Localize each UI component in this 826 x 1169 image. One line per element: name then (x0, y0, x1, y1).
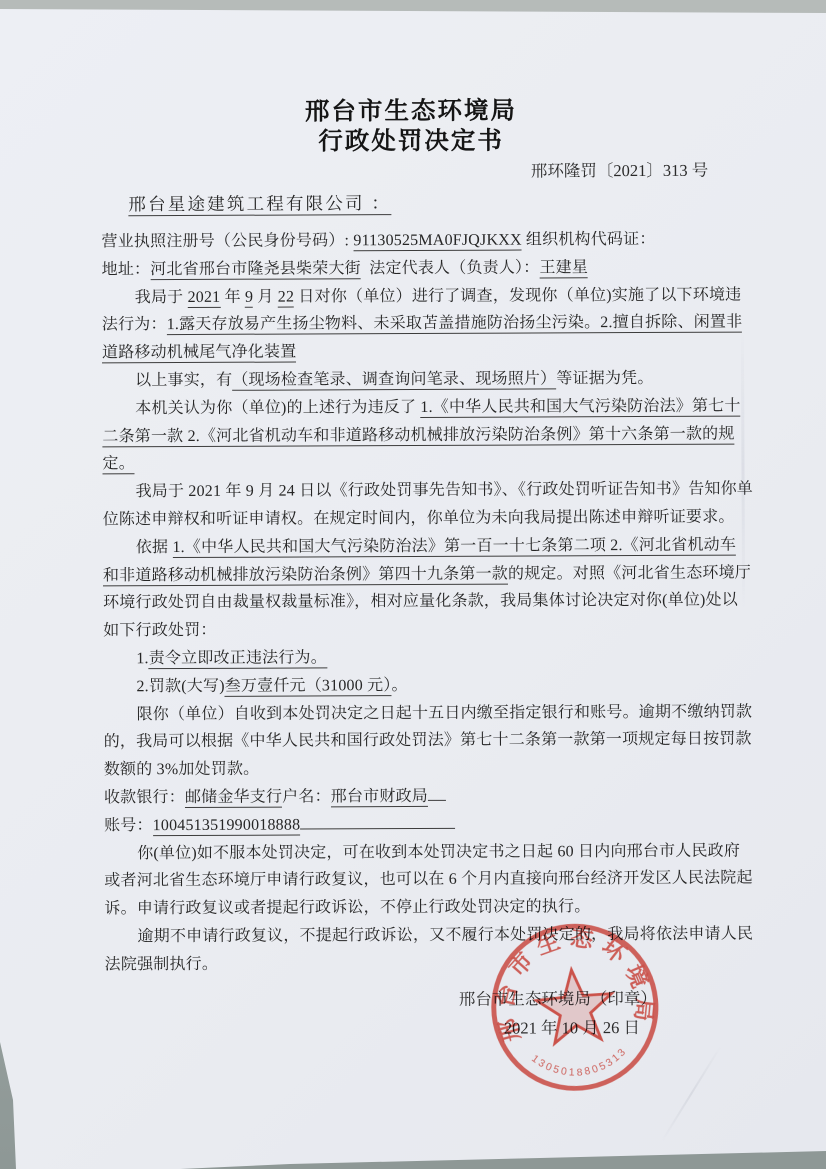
underlined-text (300, 827, 455, 830)
text: 你(单位)如不服本处罚决定，可在收到本处罚决定书之日起 60 日内向邢台市人民政… (137, 842, 740, 862)
underlined-text: 邢台市财政局 (331, 788, 428, 807)
underlined-text: （现场检查笔录、调查询问笔录、现场照片） (232, 370, 556, 390)
text: 月 (253, 288, 278, 305)
text-line: 逾期不申请行政复议，不提起行政诉讼，又不履行本处罚决定的，我局将依法申请人民 (104, 920, 764, 951)
text-line: 收款银行：邮储金华支行户名：邢台市财政局 (104, 781, 764, 812)
underlined-text (428, 799, 446, 801)
document-body: 邢台星途建筑工程有限公司 ：营业执照注册号（公民身份号码）: 91130525M… (101, 188, 764, 978)
underlined-text: 责令立即改正违法行为。 (149, 649, 327, 669)
underlined-text: 道路移动机械尾气净化装置 (102, 344, 296, 364)
text-line: 法院强制执行。 (105, 948, 765, 979)
document-content: 邢台市生态环境局 行政处罚决定书 邢环隆罚〔2021〕313 号 邢台星途建筑工… (0, 0, 826, 1169)
underlined-text: 河北省邢台市隆尧县柴荣大街 (150, 260, 361, 280)
recipient-line: 邢台星途建筑工程有限公司 ： (101, 188, 761, 222)
text-line: 我局于 2021 年 9 月 22 日对你（单位）进行了调查，发现你（单位)实施… (102, 281, 762, 312)
agency-title: 邢台市生态环境局 (0, 95, 824, 129)
text: 日对你（单位）进行了调查，发现你（单位)实施了以下环境违 (294, 286, 741, 305)
underlined-text: 2021 (188, 288, 221, 307)
text-line: 我局于 2021 年 9 月 24 日以《行政处罚事先告知书》、《行政处罚听证告… (103, 476, 763, 507)
text: 诉。申请行政复议或者提起行政诉讼，不停止行政处罚决定的执行。 (104, 898, 590, 917)
seal-star-icon (534, 967, 615, 1045)
text: 数额的 3%加处罚款。 (104, 761, 260, 779)
text-line: 或者河北省生态环境厅申请行政复议，也可以在 6 个月内直接向邢台经济开发区人民法… (104, 865, 764, 896)
underlined-text: 二条第一款 2.《河北省机动车和非道路移动机械排放污染防治条例》第十六条第一款的… (102, 425, 734, 447)
underlined-text: 100451351990018888 (153, 816, 301, 836)
text-line: 诉。申请行政复议或者提起行政诉讼，不停止行政处罚决定的执行。 (104, 893, 764, 924)
text-line: 你(单位)如不服本处罚决定，可在收到本处罚决定书之日起 60 日内向邢台市人民政… (104, 837, 764, 868)
text-line: 位陈述申辩权和听证申请权。在规定时间内，你单位为未向我局提出陈述申辩听证要求。 (103, 503, 763, 534)
text: 位陈述申辩权和听证申请权。在规定时间内，你单位为未向我局提出陈述申辩听证要求。 (103, 509, 735, 529)
text-line: 环境行政处罚自由裁量权裁量标准》，相对应量化条款，我局集体讨论决定对你(单位)处… (103, 587, 763, 618)
text-line: 以上事实，有（现场检查笔录、调查询问笔录、现场照片）等证据为凭。 (102, 364, 762, 395)
text: 。 (391, 677, 407, 694)
underlined-text: 定。 (102, 456, 134, 475)
text: 法院强制执行。 (105, 956, 218, 973)
underlined-text: 22 (278, 288, 294, 307)
text: 我局于 (135, 289, 188, 306)
text: 环境行政处罚自由裁量权裁量标准》，相对应量化条款，我局集体讨论决定对你(单位)处… (103, 592, 738, 612)
text: 以上事实，有 (135, 372, 232, 389)
text-line: 法行为：1.露天存放易产生扬尘物料、未采取苫盖措施防治扬尘污染。2.擅自拆除、闲… (102, 309, 762, 340)
text: 或者河北省生态环境厅申请行政复议，也可以在 6 个月内直接向邢台经济开发区人民法… (104, 870, 752, 890)
text: 逾期不申请行政复议，不提起行政诉讼，又不履行本处罚决定的，我局将依法申请人民 (137, 925, 753, 945)
text-line: 限你（单位）自收到本处罚决定之日起十五日内缴至指定银行和账号。逾期不缴纳罚款 (104, 698, 764, 729)
text-line: 的，我局可以根据《中华人民共和国行政处罚法》第七十二条第一款第一项规定每日按罚款 (104, 726, 764, 757)
text: 本机关认为你（单位)的上述行为违反了 (135, 399, 420, 417)
text-line: 道路移动机械尾气净化装置 (102, 337, 762, 368)
text-line: 二条第一款 2.《河北省机动车和非道路移动机械排放污染防治条例》第十六条第一款的… (102, 420, 762, 451)
text-line: 如下行政处罚： (103, 615, 763, 646)
document-type-title: 行政处罚决定书 (0, 125, 824, 159)
document-number: 邢环隆罚〔2021〕313 号 (531, 159, 708, 184)
underlined-text: 王建星 (539, 259, 588, 278)
underlined-text: 1.《中华人民共和国大气污染防治法》第一百一十七条第二项 2.《河北省机动车 (172, 536, 736, 557)
underlined-text: 邢台星途建筑工程有限公司 ： (128, 193, 391, 216)
underlined-text: 91130525MA0FJQJKXX (353, 232, 521, 252)
document-title: 邢台市生态环境局 行政处罚决定书 (0, 95, 824, 159)
text-line: 1.责令立即改正违法行为。 (103, 642, 763, 673)
text: 地址： (102, 261, 151, 278)
text-line: 营业执照注册号（公民身份号码）: 91130525MA0FJQJKXX 组织机构… (101, 225, 761, 256)
text: 收款银行： (104, 789, 185, 806)
text: 1. (136, 650, 148, 667)
text: 限你（单位）自收到本处罚决定之日起十五日内缴至指定银行和账号。逾期不缴纳罚款 (137, 703, 753, 723)
text: 账号： (104, 817, 153, 834)
underlined-text: 邮储金华支行 (185, 789, 282, 808)
underlined-text: 1.《中华人民共和国大气污染防治法》第七十 (420, 397, 740, 417)
text-line: 本机关认为你（单位)的上述行为违反了 1.《中华人民共和国大气污染防治法》第七十 (102, 392, 762, 423)
text: 户名： (282, 788, 331, 805)
text-line: 数额的 3%加处罚款。 (104, 754, 764, 785)
text: 如下行政处罚： (103, 622, 216, 639)
text-line: 定。 (102, 448, 762, 479)
text: 2.罚款(大写) (136, 678, 224, 695)
underlined-text: 和非道路移动机械排放污染防治条例》第四十九条第一款 (103, 565, 508, 586)
text-line: 账号：100451351990018888 (104, 809, 764, 840)
text: 法定代表人（负责人）： (361, 259, 540, 277)
text: 法行为： (102, 316, 167, 333)
text-line: 和非道路移动机械排放污染防治条例》第四十九条第一款的规定。对照《河北省生态环境厅 (103, 559, 763, 590)
text: 等证据为凭。 (556, 370, 653, 387)
text: 组织机构代码证： (522, 231, 656, 249)
text-line: 依据 1.《中华人民共和国大气污染防治法》第一百一十七条第二项 2.《河北省机动… (103, 531, 763, 562)
underlined-text: 叁万壹仟元（31000 元） (225, 677, 392, 697)
text: 我局于 2021 年 9 月 24 日以《行政处罚事先告知书》、《行政处罚听证告… (136, 481, 753, 501)
paper-crease (661, 1046, 721, 1141)
text: 的，我局可以根据《中华人民共和国行政处罚法》第七十二条第一款第一项规定每日按罚款 (104, 731, 752, 751)
text-line: 地址：河北省邢台市隆尧县柴荣大街 法定代表人（负责人）：王建星 (102, 253, 762, 284)
official-seal: 邢台市生态环境局 1305018805313 (478, 913, 671, 1103)
text: 年 (220, 288, 245, 305)
text: 依据 (136, 539, 173, 556)
text: 营业执照注册号（公民身份号码）: (101, 232, 353, 250)
text: 的规定。对照《河北省生态环境厅 (508, 564, 751, 582)
text-line: 2.罚款(大写)叁万壹仟元（31000 元）。 (103, 670, 763, 701)
underlined-text: 1.露天存放易产生扬尘物料、未采取苫盖措施防治扬尘污染。2.擅自拆除、闲置非 (167, 314, 743, 336)
